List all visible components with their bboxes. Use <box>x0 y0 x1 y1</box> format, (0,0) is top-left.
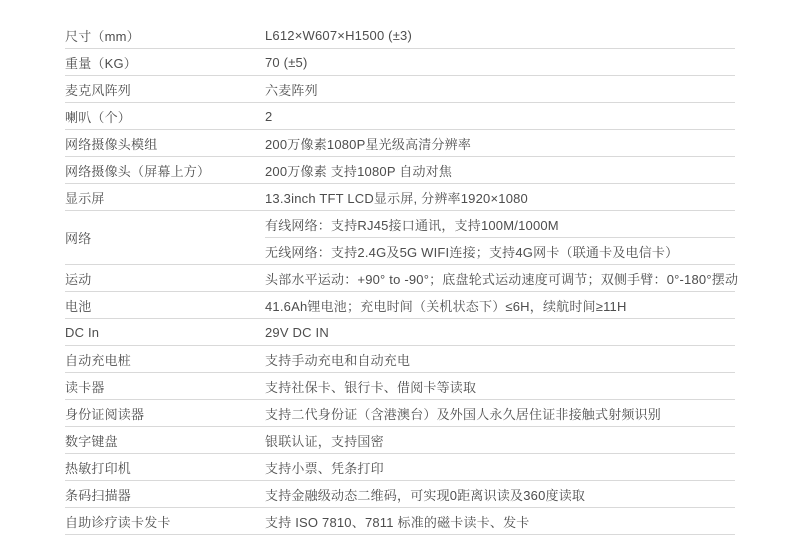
spec-row-label: 自动充电桩 <box>65 346 265 372</box>
spec-row-label: 电池 <box>65 292 265 318</box>
spec-row-values: 支持手动充电和自动充电 <box>265 346 735 372</box>
spec-row-label: 尺寸（mm） <box>65 22 265 48</box>
spec-value: 支持手动充电和自动充电 <box>265 346 735 372</box>
spec-row-values: 支持金融级动态二维码，可实现0距离识读及360度读取 <box>265 481 735 507</box>
spec-value: L612×W607×H1500 (±3) <box>265 22 735 48</box>
spec-row-values: 200万像素1080P星光级高清分辨率 <box>265 130 735 156</box>
spec-value: 有线网络：支持RJ45接口通讯，支持100M/1000M <box>265 211 735 237</box>
spec-row-values: 29V DC IN <box>265 319 735 345</box>
spec-row: 电池 41.6Ah锂电池；充电时间（关机状态下）≤6H，续航时间≥11H <box>65 292 735 319</box>
spec-value: 六麦阵列 <box>265 76 735 102</box>
spec-value: 70 (±5) <box>265 49 735 75</box>
spec-row-label: 运动 <box>65 265 265 291</box>
spec-value: 200万像素1080P星光级高清分辨率 <box>265 130 735 156</box>
spec-row-values: 13.3inch TFT LCD显示屏, 分辨率1920×1080 <box>265 184 735 210</box>
spec-row-label: 网络摄像头模组 <box>65 130 265 156</box>
spec-row: 读卡器 支持社保卡、银行卡、借阅卡等读取 <box>65 373 735 400</box>
spec-row-label: 自助诊疗读卡发卡 <box>65 508 265 534</box>
spec-row: 自动充电桩 支持手动充电和自动充电 <box>65 346 735 373</box>
spec-row-values: 六麦阵列 <box>265 76 735 102</box>
spec-row: 条码扫描器 支持金融级动态二维码，可实现0距离识读及360度读取 <box>65 481 735 508</box>
spec-row-values: 支持 ISO 7810、7811 标准的磁卡读卡、发卡 <box>265 508 735 534</box>
spec-row-label: 读卡器 <box>65 373 265 399</box>
spec-row-label: 条码扫描器 <box>65 481 265 507</box>
spec-row: 热敏打印机 支持小票、凭条打印 <box>65 454 735 481</box>
spec-value: 头部水平运动：+90° to -90°；底盘轮式运动速度可调节；双侧手臂：0°-… <box>265 265 735 291</box>
spec-row: 身份证阅读器 支持二代身份证（含港澳台）及外国人永久居住证非接触式射频识别 <box>65 400 735 427</box>
spec-table: 尺寸（mm） L612×W607×H1500 (±3) 重量（KG） 70 (±… <box>65 22 735 535</box>
spec-value: 29V DC IN <box>265 319 735 345</box>
spec-row: 麦克风阵列 六麦阵列 <box>65 76 735 103</box>
spec-value: 银联认证，支持国密 <box>265 427 735 453</box>
spec-row: 重量（KG） 70 (±5) <box>65 49 735 76</box>
spec-row: 尺寸（mm） L612×W607×H1500 (±3) <box>65 22 735 49</box>
spec-row-values: 头部水平运动：+90° to -90°；底盘轮式运动速度可调节；双侧手臂：0°-… <box>265 265 735 291</box>
spec-row-label: DC In <box>65 319 265 345</box>
spec-value: 支持小票、凭条打印 <box>265 454 735 480</box>
spec-value: 13.3inch TFT LCD显示屏, 分辨率1920×1080 <box>265 184 735 210</box>
spec-row-values: 200万像素 支持1080P 自动对焦 <box>265 157 735 183</box>
spec-row: 数字键盘 银联认证，支持国密 <box>65 427 735 454</box>
spec-row-label: 重量（KG） <box>65 49 265 75</box>
spec-row: 自助诊疗读卡发卡 支持 ISO 7810、7811 标准的磁卡读卡、发卡 <box>65 508 735 535</box>
spec-row-values: 银联认证，支持国密 <box>265 427 735 453</box>
spec-row: 网络摄像头（屏幕上方） 200万像素 支持1080P 自动对焦 <box>65 157 735 184</box>
spec-row: 网络 有线网络：支持RJ45接口通讯，支持100M/1000M无线网络：支持2.… <box>65 211 735 265</box>
spec-row-label: 网络 <box>65 211 265 264</box>
spec-row-label: 数字键盘 <box>65 427 265 453</box>
spec-value: 2 <box>265 103 735 129</box>
spec-value: 无线网络：支持2.4G及5G WIFI连接；支持4G网卡（联通卡及电信卡） <box>265 237 735 264</box>
spec-value: 支持二代身份证（含港澳台）及外国人永久居住证非接触式射频识别 <box>265 400 735 426</box>
spec-row-label: 热敏打印机 <box>65 454 265 480</box>
spec-row-label: 喇叭（个） <box>65 103 265 129</box>
spec-row-values: 70 (±5) <box>265 49 735 75</box>
spec-row-values: L612×W607×H1500 (±3) <box>265 22 735 48</box>
spec-row-label: 麦克风阵列 <box>65 76 265 102</box>
spec-row-values: 支持社保卡、银行卡、借阅卡等读取 <box>265 373 735 399</box>
spec-row: 网络摄像头模组 200万像素1080P星光级高清分辨率 <box>65 130 735 157</box>
spec-value: 41.6Ah锂电池；充电时间（关机状态下）≤6H，续航时间≥11H <box>265 292 735 318</box>
spec-row-label: 身份证阅读器 <box>65 400 265 426</box>
spec-row: DC In 29V DC IN <box>65 319 735 346</box>
spec-row-label: 显示屏 <box>65 184 265 210</box>
spec-row-values: 支持二代身份证（含港澳台）及外国人永久居住证非接触式射频识别 <box>265 400 735 426</box>
spec-row: 显示屏 13.3inch TFT LCD显示屏, 分辨率1920×1080 <box>65 184 735 211</box>
spec-value: 支持社保卡、银行卡、借阅卡等读取 <box>265 373 735 399</box>
spec-row-values: 2 <box>265 103 735 129</box>
spec-row-values: 有线网络：支持RJ45接口通讯，支持100M/1000M无线网络：支持2.4G及… <box>265 211 735 264</box>
spec-row-values: 支持小票、凭条打印 <box>265 454 735 480</box>
spec-row-values: 41.6Ah锂电池；充电时间（关机状态下）≤6H，续航时间≥11H <box>265 292 735 318</box>
spec-row-label: 网络摄像头（屏幕上方） <box>65 157 265 183</box>
spec-value: 支持金融级动态二维码，可实现0距离识读及360度读取 <box>265 481 735 507</box>
spec-row: 运动 头部水平运动：+90° to -90°；底盘轮式运动速度可调节；双侧手臂：… <box>65 265 735 292</box>
spec-value: 200万像素 支持1080P 自动对焦 <box>265 157 735 183</box>
spec-value: 支持 ISO 7810、7811 标准的磁卡读卡、发卡 <box>265 508 735 534</box>
spec-row: 喇叭（个） 2 <box>65 103 735 130</box>
